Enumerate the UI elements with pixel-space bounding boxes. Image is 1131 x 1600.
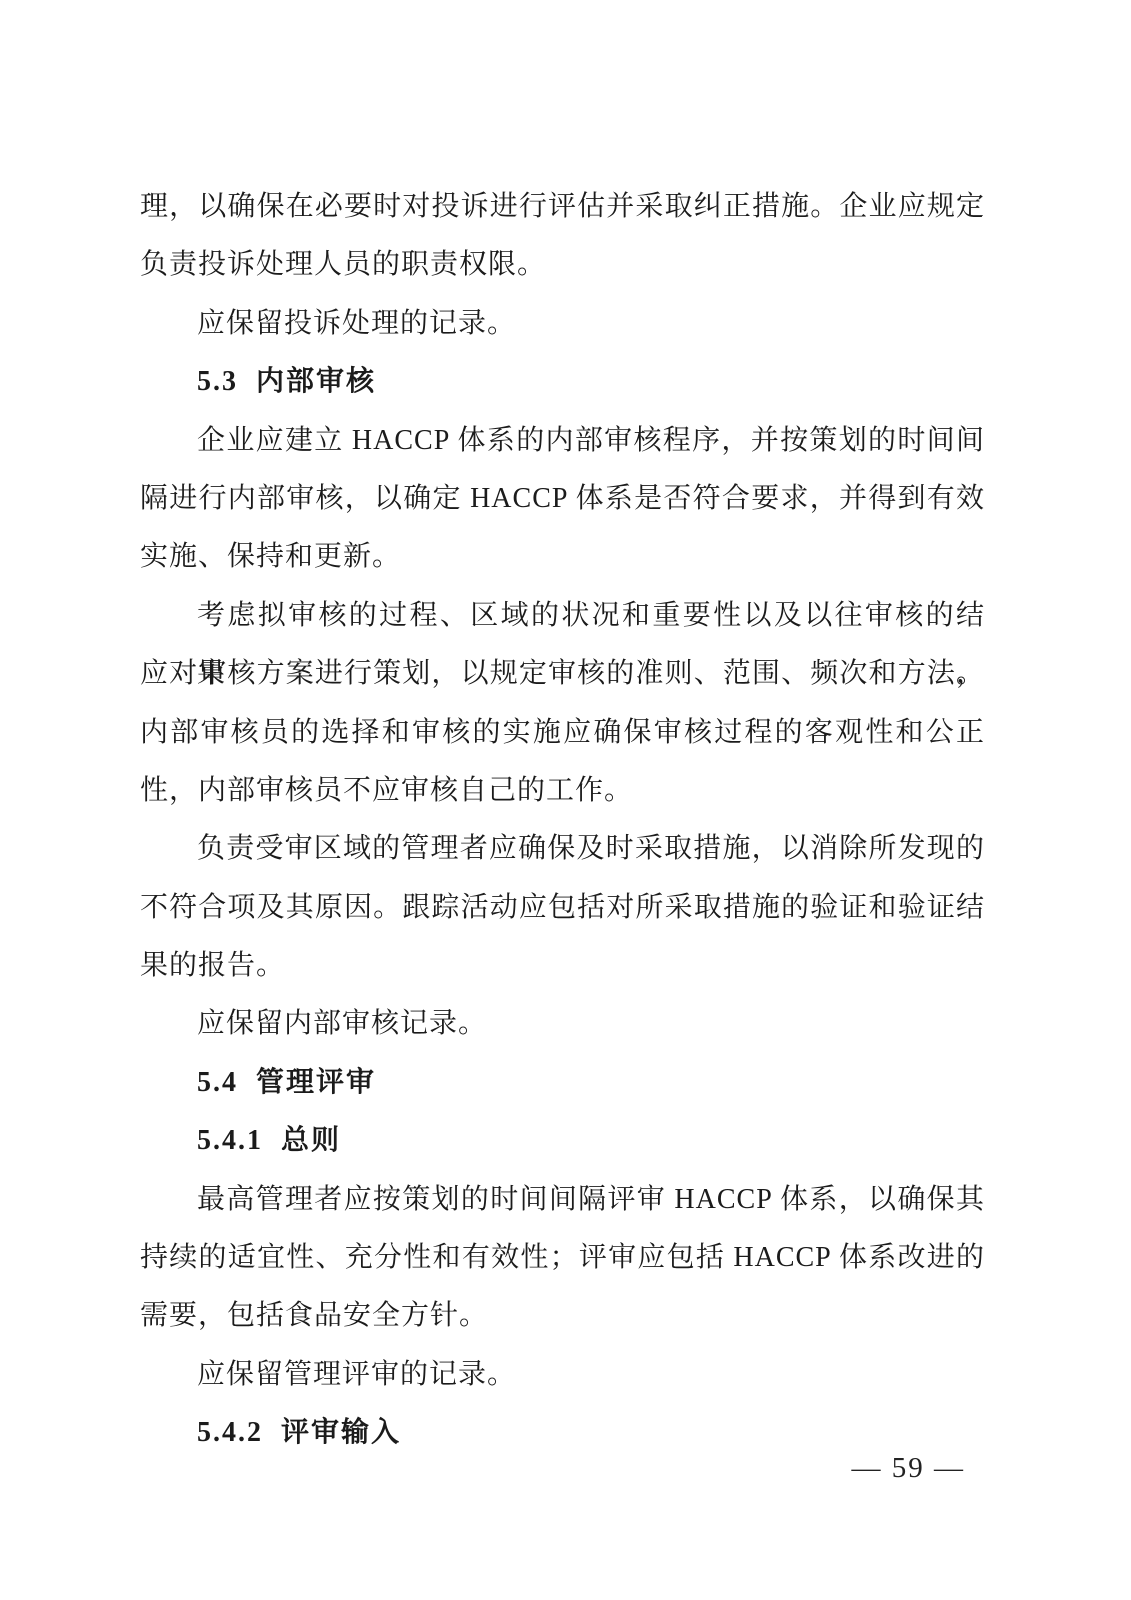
text-line: 性，内部审核员不应审核自己的工作。 xyxy=(140,762,985,820)
text-line: 不符合项及其原因。跟踪活动应包括对所采取措施的验证和验证结 xyxy=(140,879,985,937)
text-line: 需要，包括食品安全方针。 xyxy=(140,1287,985,1345)
page-number: — 59 — xyxy=(852,1448,966,1488)
text-line: 应对审核方案进行策划，以规定审核的准则、范围、频次和方法。 xyxy=(140,645,985,703)
text-line: 理，以确保在必要时对投诉进行评估并采取纠正措施。企业应规定 xyxy=(140,178,985,236)
text-line: 持续的适宜性、充分性和有效性；评审应包括 HACCP 体系改进的 xyxy=(140,1229,985,1287)
text-line: 内部审核员的选择和审核的实施应确保审核过程的客观性和公正 xyxy=(140,704,985,762)
text-line: 最高管理者应按策划的时间间隔评审 HACCP 体系，以确保其 xyxy=(140,1171,985,1229)
text-line: 企业应建立 HACCP 体系的内部审核程序，并按策划的时间间 xyxy=(140,412,985,470)
section-heading: 5.4 管理评审 xyxy=(140,1054,985,1112)
text-line: 实施、保持和更新。 xyxy=(140,528,985,586)
text-line: 应保留管理评审的记录。 xyxy=(140,1346,985,1404)
text-line: 考虑拟审核的过程、区域的状况和重要性以及以往审核的结果， xyxy=(140,587,985,645)
text-line: 负责受审区域的管理者应确保及时采取措施，以消除所发现的 xyxy=(140,820,985,878)
text-line: 应保留投诉处理的记录。 xyxy=(140,295,985,353)
text-line: 隔进行内部审核，以确定 HACCP 体系是否符合要求，并得到有效 xyxy=(140,470,985,528)
text-block: 理，以确保在必要时对投诉进行评估并采取纠正措施。企业应规定负责投诉处理人员的职责… xyxy=(140,178,985,1463)
text-line: 应保留内部审核记录。 xyxy=(140,995,985,1053)
document-page: 理，以确保在必要时对投诉进行评估并采取纠正措施。企业应规定负责投诉处理人员的职责… xyxy=(0,0,1131,1600)
section-heading: 5.3 内部审核 xyxy=(140,353,985,411)
text-line: 负责投诉处理人员的职责权限。 xyxy=(140,236,985,294)
text-line: 果的报告。 xyxy=(140,937,985,995)
section-heading: 5.4.1 总则 xyxy=(140,1112,985,1170)
